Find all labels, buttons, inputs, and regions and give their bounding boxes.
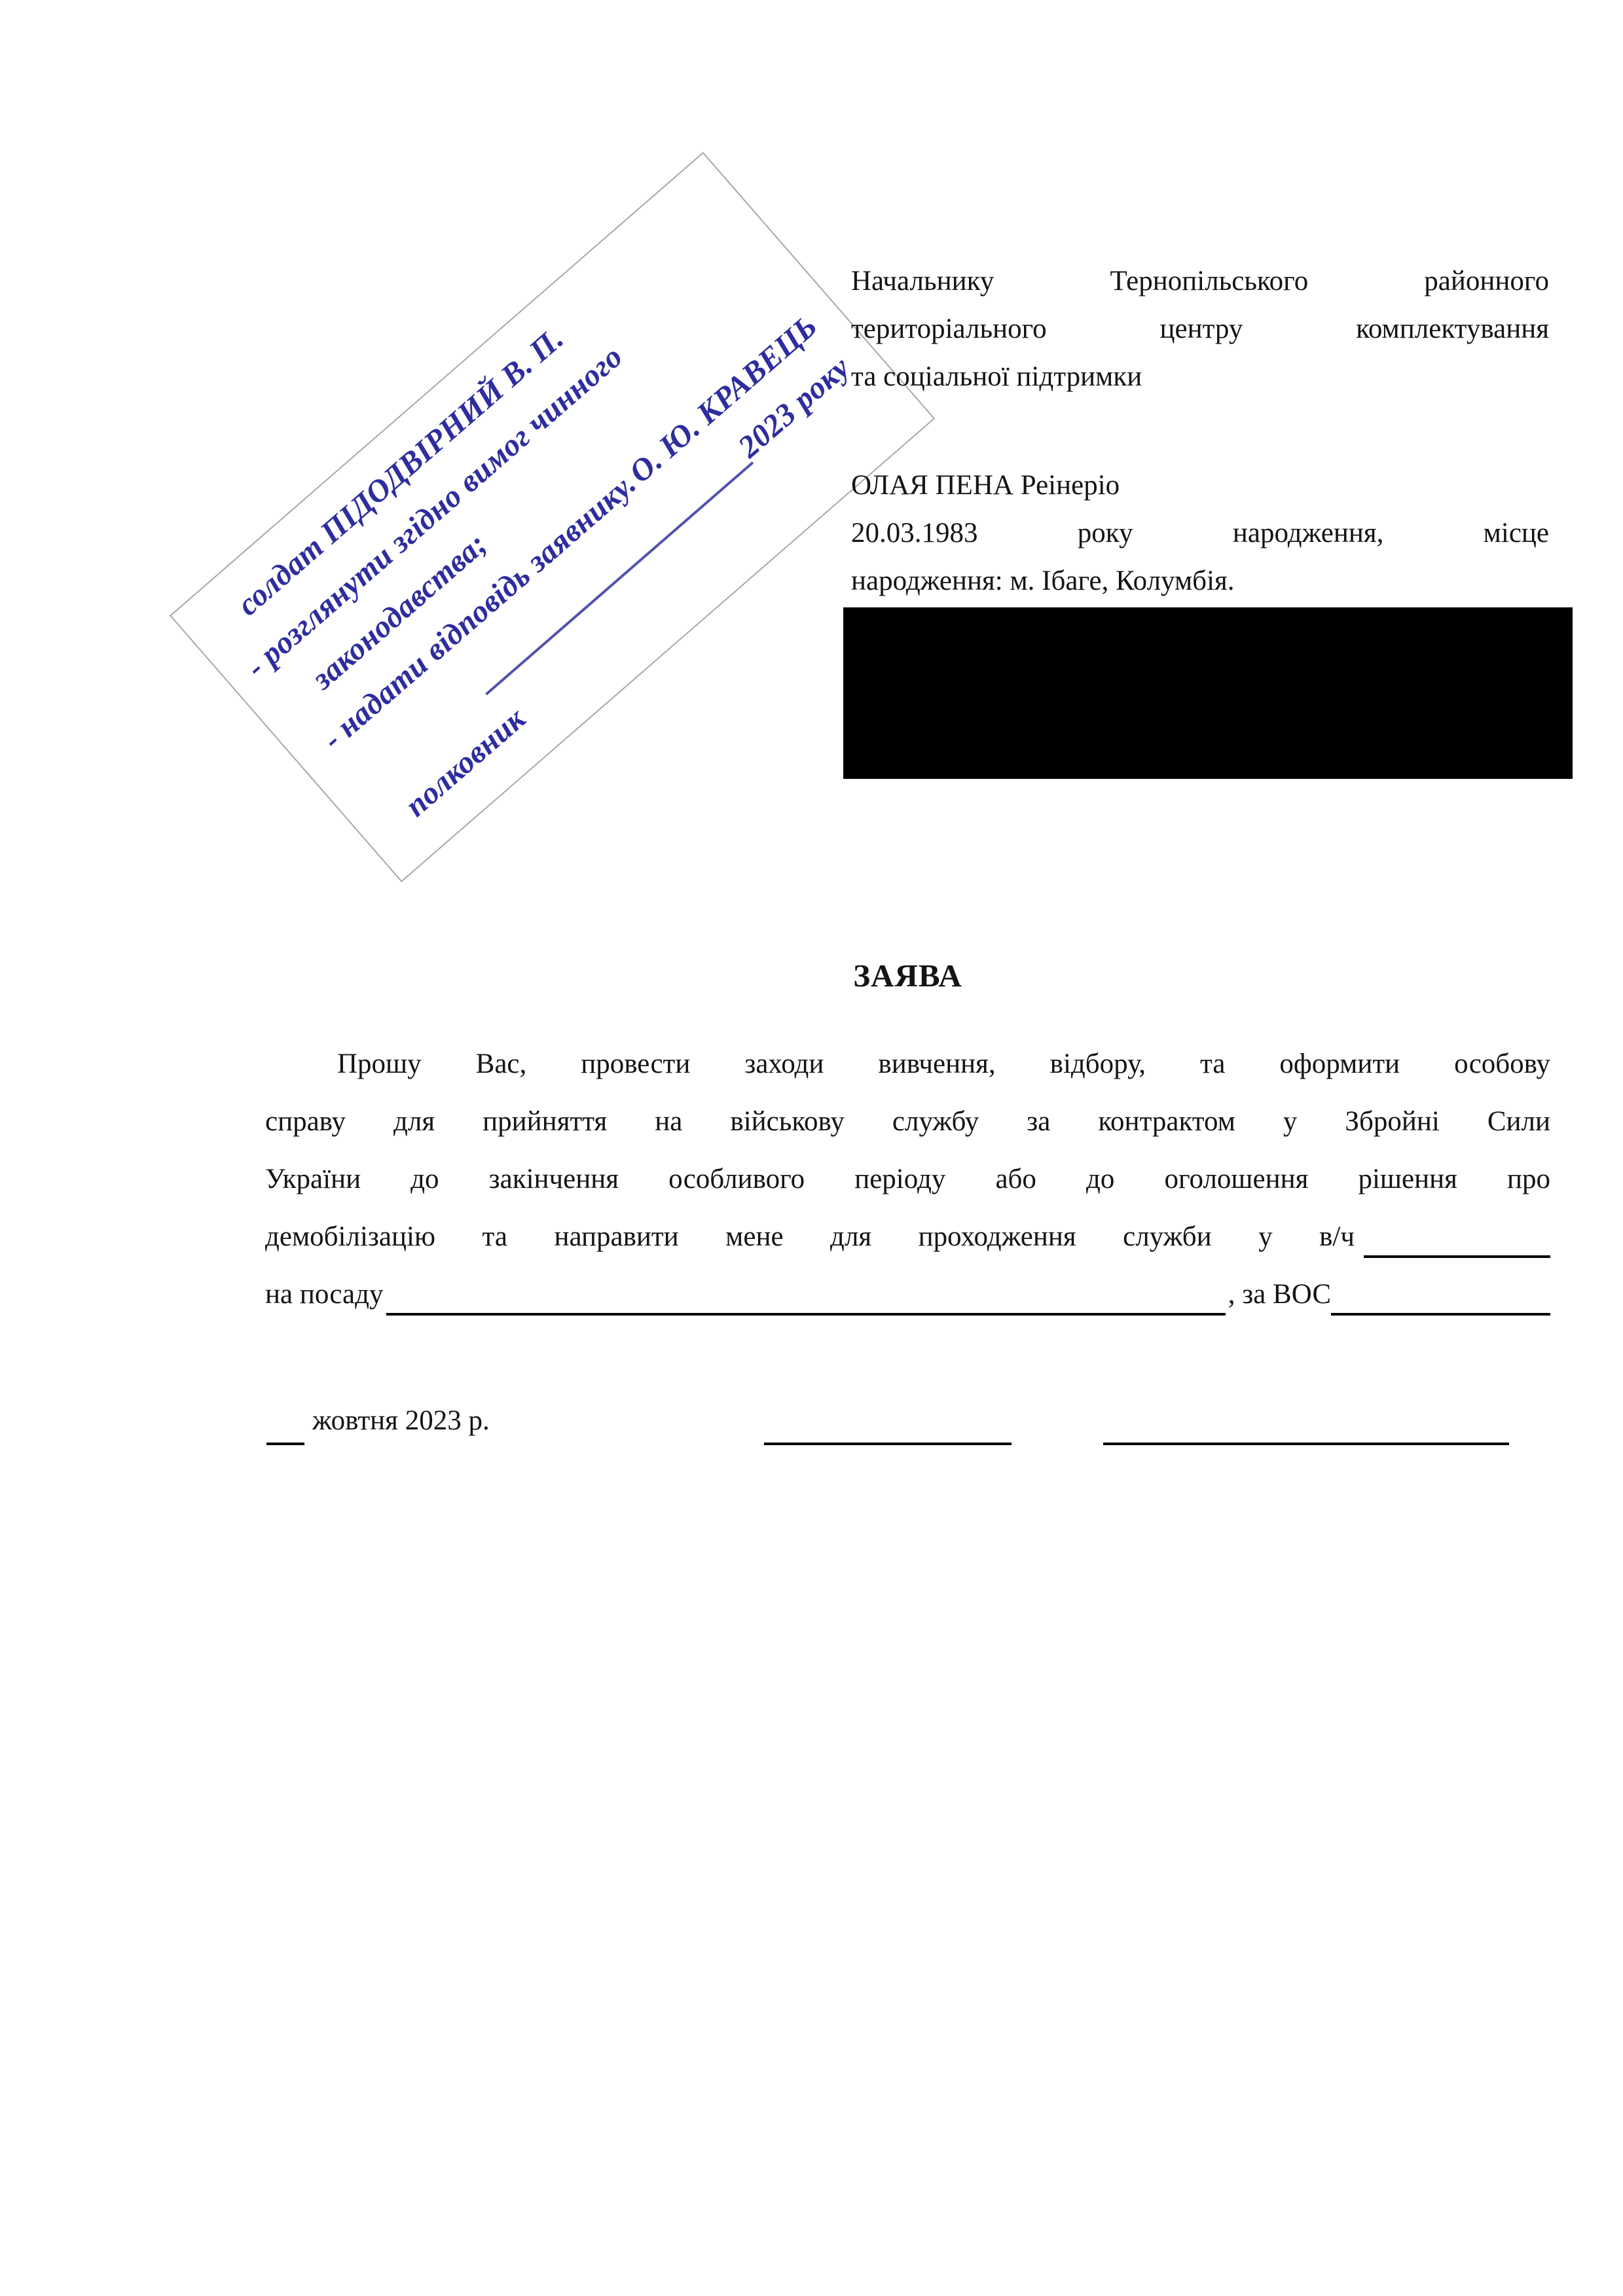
position-label: на посаду xyxy=(265,1266,384,1323)
recipient-block: Начальнику Тернопільського районного тер… xyxy=(851,257,1549,401)
body-line-4: демобілізацію та направити мене для прох… xyxy=(265,1208,1550,1266)
body-line-3: України до закінчення особливого періоду… xyxy=(265,1151,1550,1208)
recipient-line-3: та соціальної підтримки xyxy=(851,353,1549,401)
applicant-birth-line-2: народження: м. Ібаге, Колумбія. xyxy=(851,557,1549,605)
body-line-1: Прошу Вас, провести заходи вивчення, від… xyxy=(265,1035,1550,1093)
document-title: ЗАЯВА xyxy=(265,957,1550,994)
recipient-line-1: Начальнику Тернопільського районного xyxy=(851,257,1549,305)
applicant-block: ОЛАЯ ПЕНА Реінеріо 20.03.1983 року народ… xyxy=(851,461,1549,605)
position-blank-line xyxy=(386,1313,1226,1316)
body-paragraph: Прошу Вас, провести заходи вивчення, від… xyxy=(265,1035,1550,1323)
military-unit-blank-line xyxy=(1364,1255,1550,1258)
date-day-blank-line xyxy=(266,1408,304,1445)
name-blank-line xyxy=(1103,1408,1509,1445)
applicant-birth-line-1: 20.03.1983 року народження, місце xyxy=(851,509,1549,557)
redaction-box xyxy=(843,607,1573,779)
resolution-stamp: солдат ПІДОДВІРНИЙ В. П. - розглянути зг… xyxy=(170,152,935,882)
date-text: жовтня 2023 р. xyxy=(312,1405,490,1437)
applicant-name-line: ОЛАЯ ПЕНА Реінеріо xyxy=(851,461,1549,509)
recipient-line-2: територіального центру комплектування xyxy=(851,305,1549,353)
vos-blank-line xyxy=(1331,1313,1550,1316)
body-line-5: на посаду , за ВОС xyxy=(265,1266,1550,1323)
vos-label: , за ВОС xyxy=(1228,1266,1331,1323)
body-line-2: справу для прийняття на військову службу… xyxy=(265,1093,1550,1151)
signature-blank-line xyxy=(764,1408,1012,1445)
body-line-4-text: демобілізацію та направити мене для прох… xyxy=(265,1208,1355,1266)
document-page: солдат ПІДОДВІРНИЙ В. П. - розглянути зг… xyxy=(0,0,1623,2296)
